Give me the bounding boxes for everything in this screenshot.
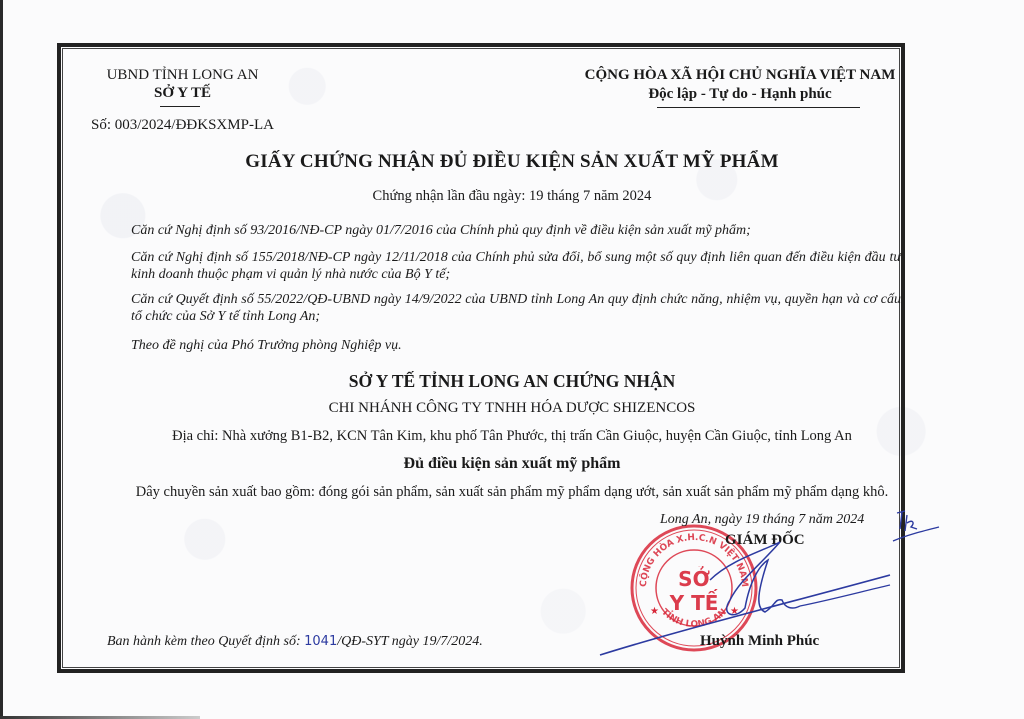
legal-basis-3: Căn cứ Quyết định số 55/2022/QĐ-UBND ngà… [91, 291, 901, 325]
header-left-divider [160, 106, 200, 107]
national-header-block: CỘNG HÒA XÃ HỘI CHỦ NGHĨA VIỆT NAM Độc l… [560, 66, 920, 104]
legal-basis-text: Theo đề nghị của Phó Trưởng phòng Nghiệp… [91, 337, 901, 354]
issuance-note: Ban hành kèm theo Quyết định số: 1041/QĐ… [107, 634, 483, 650]
first-certified-date: Chứng nhận lần đầu ngày: 19 tháng 7 năm … [0, 188, 1024, 205]
issuing-department: SỞ Y TẾ [95, 84, 270, 102]
issuing-authority: UBND TỈNH LONG AN [95, 66, 270, 84]
legal-basis-1: Căn cứ Nghị định số 93/2016/NĐ-CP ngày 0… [91, 222, 901, 239]
legal-basis-text: Căn cứ Quyết định số 55/2022/QĐ-UBND ngà… [91, 291, 901, 325]
scan-edge-left [0, 0, 3, 719]
production-lines: Dây chuyền sản xuất bao gồm: đóng gói sả… [0, 484, 1024, 501]
issuance-note-suffix: /QĐ-SYT ngày 19/7/2024. [337, 634, 483, 649]
initials-mark [885, 505, 945, 545]
legal-basis-text: Căn cứ Nghị định số 155/2018/NĐ-CP ngày … [91, 249, 901, 283]
document-number: Số: 003/2024/ĐĐKSXMP-LA [91, 117, 274, 134]
header-right-divider [657, 107, 860, 108]
company-name: CHI NHÁNH CÔNG TY TNHH HÓA DƯỢC SHIZENCO… [0, 400, 1024, 417]
company-address: Địa chỉ: Nhà xưởng B1-B2, KCN Tân Kim, k… [0, 428, 1024, 445]
certifier-heading: SỞ Y TẾ TỈNH LONG AN CHỨNG NHẬN [0, 371, 1024, 392]
nation-name: CỘNG HÒA XÃ HỘI CHỦ NGHĨA VIỆT NAM [560, 66, 920, 85]
issuing-authority-block: UBND TỈNH LONG AN SỞ Y TẾ [95, 66, 270, 102]
issuance-note-prefix: Ban hành kèm theo Quyết định số: [107, 634, 304, 649]
legal-basis-4: Theo đề nghị của Phó Trưởng phòng Nghiệp… [91, 337, 901, 354]
legal-basis-2: Căn cứ Nghị định số 155/2018/NĐ-CP ngày … [91, 249, 901, 283]
qualification-statement: Đủ điều kiện sản xuất mỹ phẩm [0, 455, 1024, 473]
certificate-title: GIẤY CHỨNG NHẬN ĐỦ ĐIỀU KIỆN SẢN XUẤT MỸ… [0, 151, 1024, 173]
decision-number-handwritten: 1041 [304, 634, 337, 649]
national-motto: Độc lập - Tự do - Hạnh phúc [560, 85, 920, 104]
handwritten-signature [560, 520, 930, 660]
legal-basis-text: Căn cứ Nghị định số 93/2016/NĐ-CP ngày 0… [91, 222, 901, 239]
